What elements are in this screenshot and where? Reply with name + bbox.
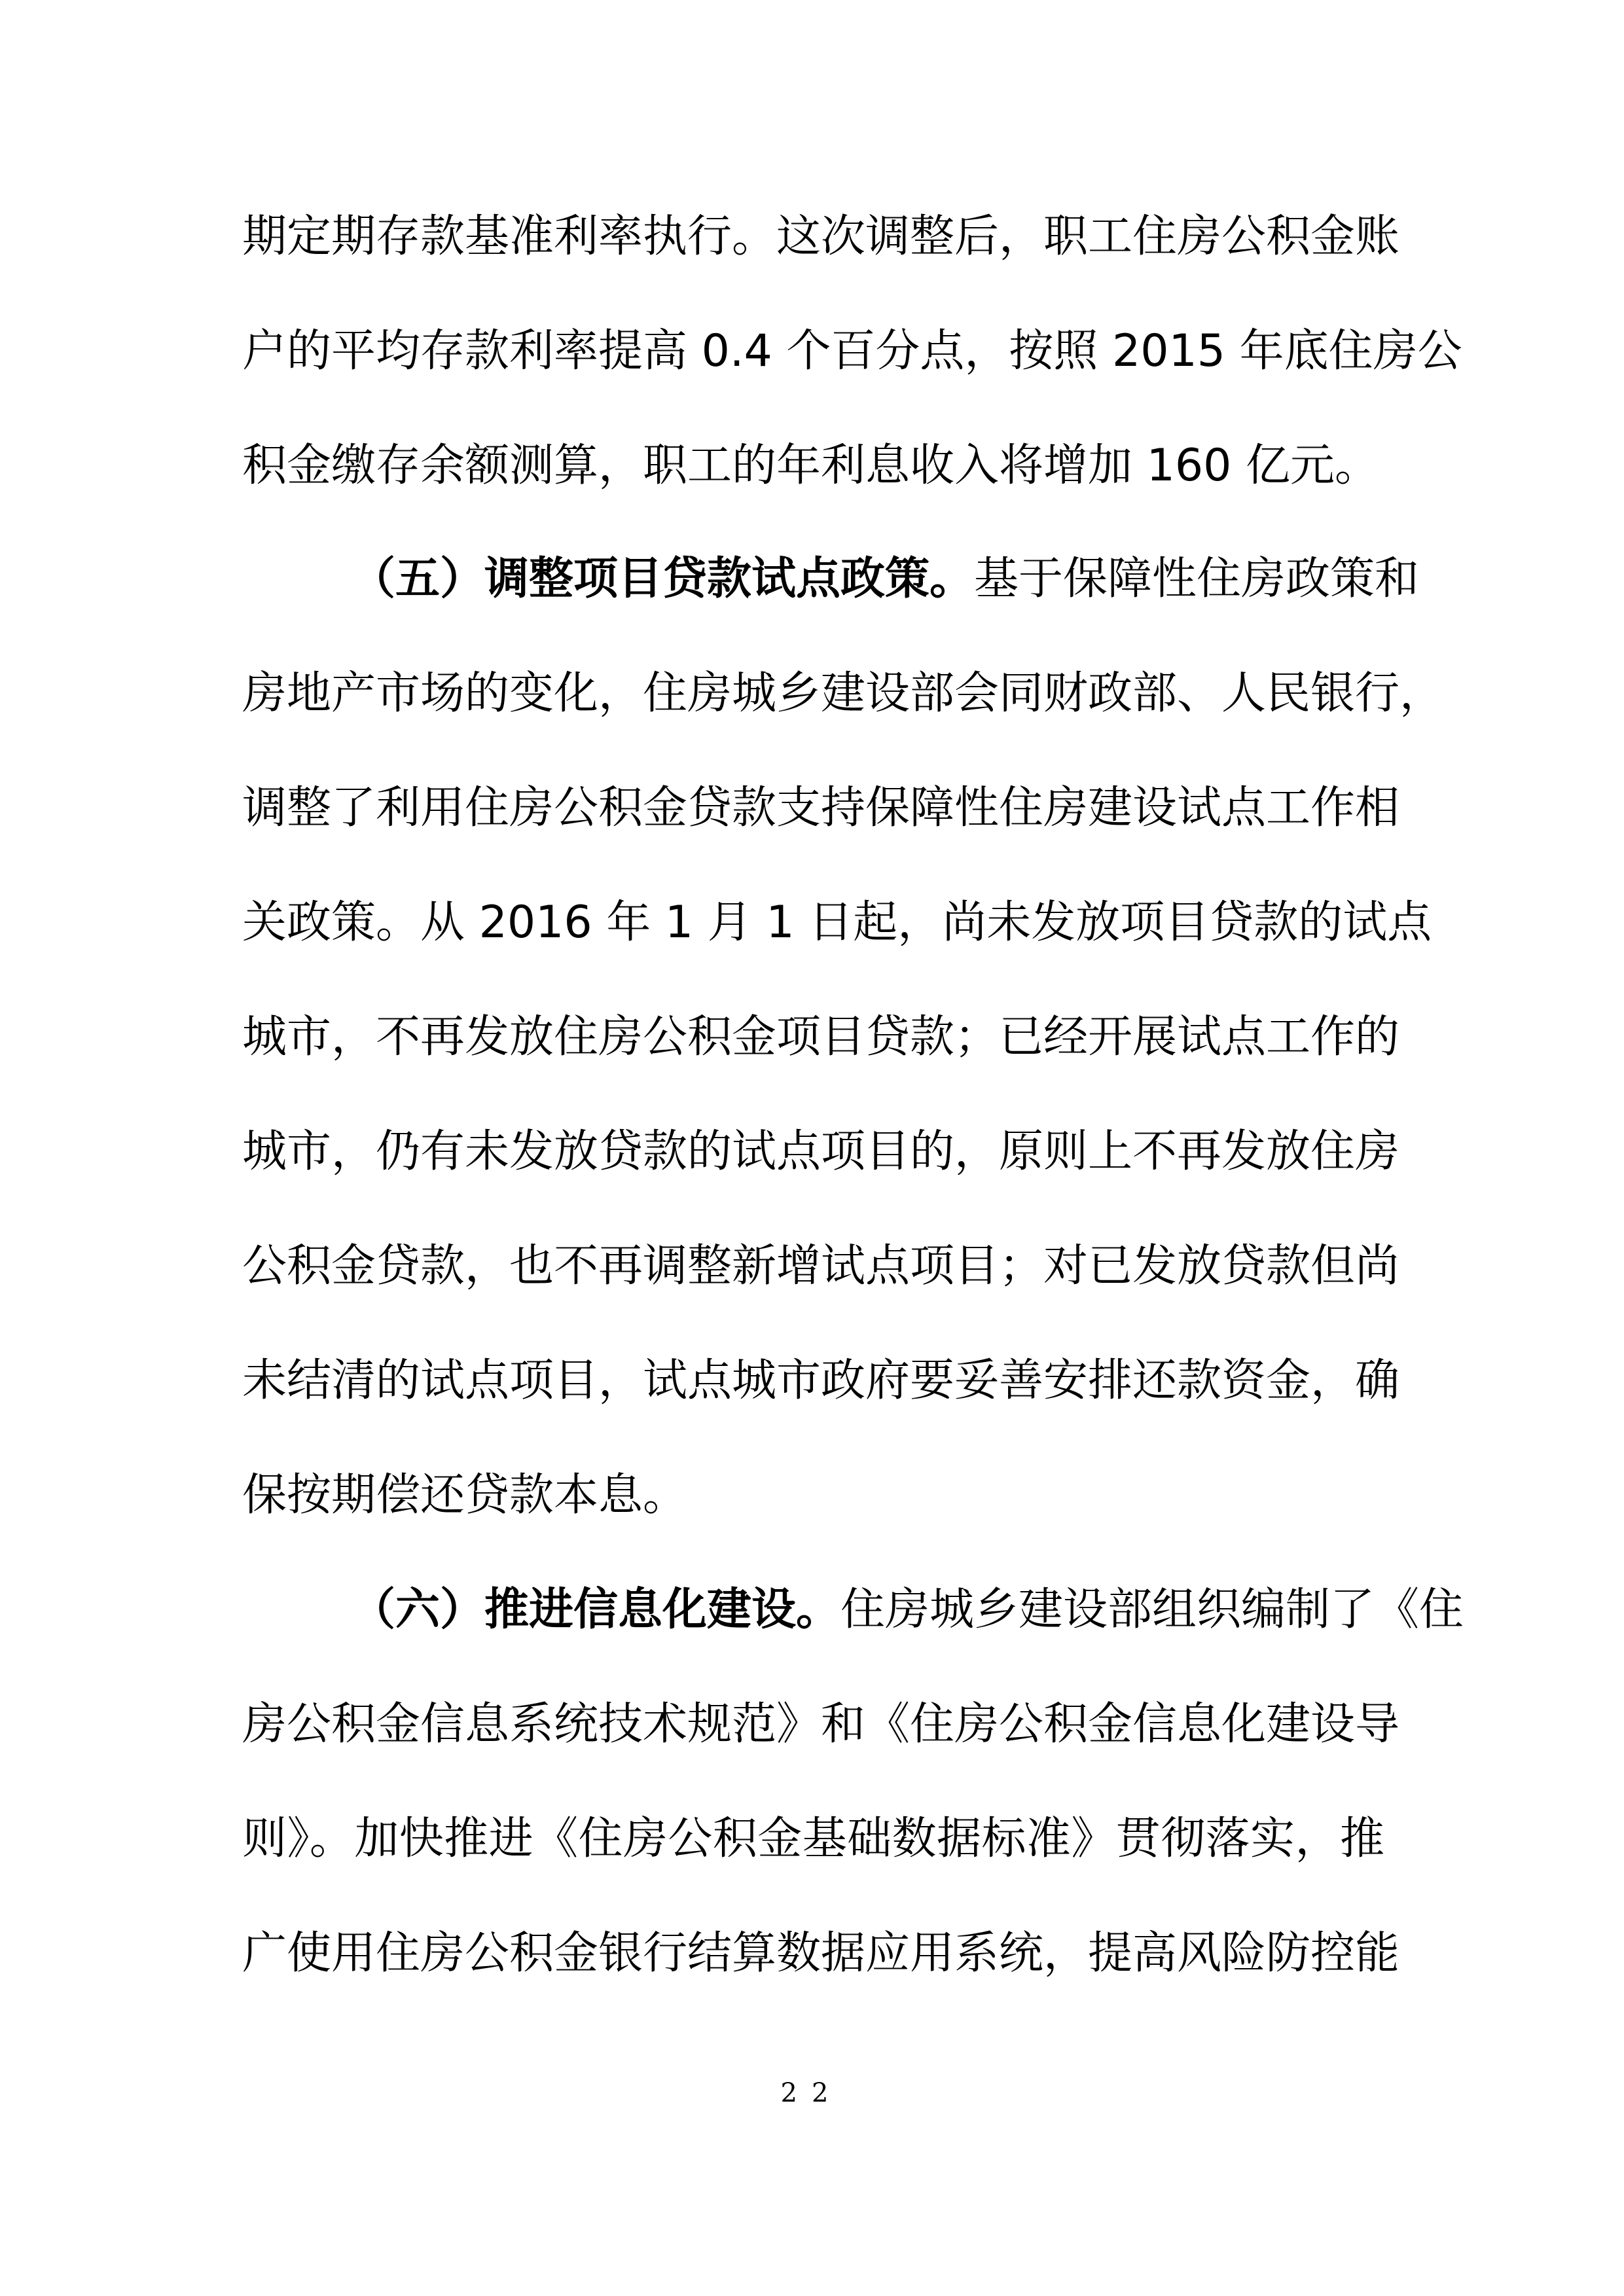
text-line: 城市，仍有未发放贷款的试点项目的，原则上不再发放住房 <box>242 1122 1384 1181</box>
section-6-heading: （六）推进信息化建设。 <box>351 1584 840 1636</box>
section-5-heading: （五）调整项目贷款试点政策。 <box>351 553 974 605</box>
section-5-first-line: （五）调整项目贷款试点政策。基于保障性住房政策和 <box>351 550 1384 609</box>
page-number: 22 <box>772 2078 851 2108</box>
text-line: 保按期偿还贷款本息。 <box>242 1466 1384 1525</box>
text-line: 调整了利用住房公积金贷款支持保障性住房建设试点工作相 <box>242 779 1384 838</box>
section-6-intro: 住房城乡建设部组织编制了《住 <box>840 1584 1464 1636</box>
section-6-first-line: （六）推进信息化建设。住房城乡建设部组织编制了《住 <box>351 1581 1384 1640</box>
text-line: 则》。加快推进《住房公积金基础数据标准》贯彻落实，推 <box>242 1810 1384 1869</box>
text-line: 公积金贷款，也不再调整新增试点项目；对已发放贷款但尚 <box>242 1237 1384 1296</box>
text-line: 房地产市场的变化，住房城乡建设部会同财政部、人民银行， <box>242 664 1384 723</box>
text-line: 期定期存款基准利率执行。这次调整后，职工住房公积金账 <box>242 207 1384 266</box>
text-line: 积金缴存余额测算，职工的年利息收入将增加 160 亿元。 <box>242 437 1384 495</box>
document-page: 期定期存款基准利率执行。这次调整后，职工住房公积金账 户的平均存款利率提高 0.… <box>0 0 1624 2296</box>
text-line: 广使用住房公积金银行结算数据应用系统，提高风险防控能 <box>242 1924 1384 1983</box>
text-line: 未结清的试点项目，试点城市政府要妥善安排还款资金，确 <box>242 1352 1384 1410</box>
text-line: 房公积金信息系统技术规范》和《住房公积金信息化建设导 <box>242 1695 1384 1754</box>
text-line: 关政策。从 2016 年 1 月 1 日起，尚未发放项目贷款的试点 <box>242 893 1384 952</box>
section-5-intro: 基于保障性住房政策和 <box>974 553 1419 605</box>
text-line: 城市，不再发放住房公积金项目贷款；已经开展试点工作的 <box>242 1008 1384 1067</box>
text-line: 户的平均存款利率提高 0.4 个百分点，按照 2015 年底住房公 <box>242 322 1384 381</box>
